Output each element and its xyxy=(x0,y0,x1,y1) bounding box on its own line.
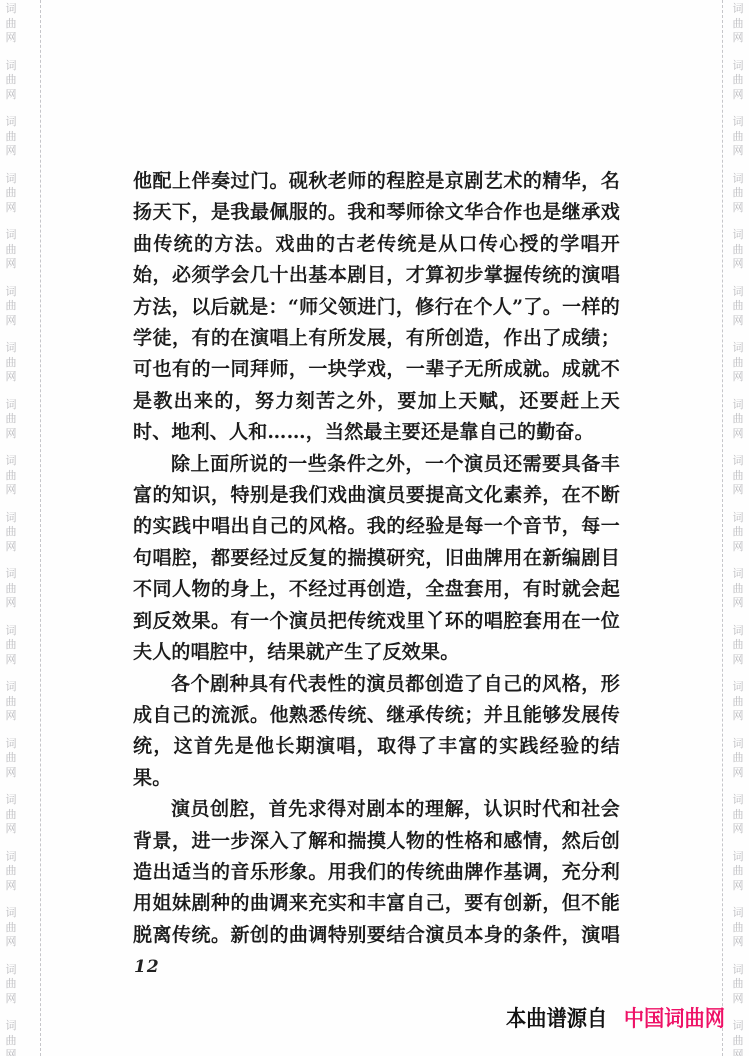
watermark-char: 曲 xyxy=(6,299,17,314)
watermark-group: 词曲网 xyxy=(733,624,744,668)
text-line: 他配上伴奏过门。砚秋老师的程腔是京剧艺术的精华，名 xyxy=(133,166,620,197)
watermark-char: 词 xyxy=(6,963,17,978)
watermark-char: 网 xyxy=(6,822,17,837)
watermark-char: 网 xyxy=(6,935,17,950)
text-line: 背景，进一步深入了解和揣摸人物的性格和感情，然后创 xyxy=(133,826,620,857)
watermark-group: 词曲网 xyxy=(6,906,17,950)
watermark-char: 词 xyxy=(733,963,744,978)
watermark-char: 曲 xyxy=(733,412,744,427)
watermark-group: 词曲网 xyxy=(733,793,744,837)
watermark-char: 曲 xyxy=(6,243,17,258)
watermark-char: 网 xyxy=(733,88,744,103)
watermark-group: 词曲网 xyxy=(6,511,17,555)
text-line: 富的知识，特别是我们戏曲演员要提高文化素养，在不断 xyxy=(133,480,620,511)
watermark-char: 词 xyxy=(733,228,744,243)
watermark-char: 曲 xyxy=(733,695,744,710)
watermark-group: 词曲网 xyxy=(6,680,17,724)
watermark-group: 词曲网 xyxy=(733,963,744,1007)
watermark-char: 曲 xyxy=(733,243,744,258)
watermark-group: 词曲网 xyxy=(733,906,744,950)
watermark-char: 词 xyxy=(733,115,744,130)
body-text: 他配上伴奏过门。砚秋老师的程腔是京剧艺术的精华，名扬天下，是我最佩服的。我和琴师… xyxy=(133,166,620,951)
watermark-char: 网 xyxy=(6,879,17,894)
watermark-group: 词曲网 xyxy=(6,567,17,611)
watermark-char: 网 xyxy=(6,144,17,159)
watermark-group: 词曲网 xyxy=(6,850,17,894)
watermark-char: 网 xyxy=(733,427,744,442)
watermark-char: 词 xyxy=(733,341,744,356)
watermark-char: 网 xyxy=(733,1048,744,1056)
watermark-char: 网 xyxy=(6,992,17,1007)
watermark-char: 网 xyxy=(733,144,744,159)
watermark-char: 网 xyxy=(733,596,744,611)
watermark-char: 网 xyxy=(733,201,744,216)
scanned-page: 词曲网词曲网词曲网词曲网词曲网词曲网词曲网词曲网词曲网词曲网词曲网词曲网词曲网词… xyxy=(0,0,749,1056)
watermark-group: 词曲网 xyxy=(733,115,744,159)
watermark-char: 词 xyxy=(6,567,17,582)
text-line: 是教出来的，努力刻苦之外，要加上天赋，还要赶上天 xyxy=(133,386,620,417)
watermark-char: 曲 xyxy=(6,977,17,992)
text-line: 学徒，有的在演唱上有所发展，有所创造，作出了成绩； xyxy=(133,323,620,354)
left-dashed-border xyxy=(40,0,41,1056)
watermark-group: 词曲网 xyxy=(733,1019,744,1056)
watermark-char: 曲 xyxy=(6,525,17,540)
watermark-char: 曲 xyxy=(733,130,744,145)
watermark-char: 词 xyxy=(733,624,744,639)
watermark-group: 词曲网 xyxy=(6,115,17,159)
watermark-char: 词 xyxy=(733,737,744,752)
text-line: 用姐妹剧种的曲调来充实和丰富自己，要有创新，但不能 xyxy=(133,888,620,919)
text-line: 到反效果。有一个演员把传统戏里丫环的唱腔套用在一位 xyxy=(133,606,620,637)
watermark-char: 词 xyxy=(6,737,17,752)
source-footer: 本曲谱源自 中国词曲网 xyxy=(506,1002,725,1033)
watermark-char: 曲 xyxy=(733,977,744,992)
source-label: 本曲谱源自 xyxy=(506,1002,607,1033)
watermark-char: 词 xyxy=(6,454,17,469)
watermark-char: 曲 xyxy=(6,17,17,32)
watermark-char: 网 xyxy=(6,653,17,668)
watermark-group: 词曲网 xyxy=(733,398,744,442)
watermark-char: 网 xyxy=(6,766,17,781)
watermark-char: 词 xyxy=(733,59,744,74)
watermark-char: 网 xyxy=(6,88,17,103)
watermark-char: 曲 xyxy=(733,751,744,766)
watermark-char: 网 xyxy=(6,427,17,442)
watermark-char: 曲 xyxy=(733,921,744,936)
text-line: 扬天下，是我最佩服的。我和琴师徐文华合作也是继承戏 xyxy=(133,197,620,228)
watermark-char: 曲 xyxy=(6,695,17,710)
watermark-group: 词曲网 xyxy=(733,172,744,216)
watermark-char: 词 xyxy=(733,567,744,582)
watermark-char: 曲 xyxy=(6,921,17,936)
watermark-char: 网 xyxy=(6,31,17,46)
watermark-char: 网 xyxy=(733,822,744,837)
watermark-char: 词 xyxy=(6,511,17,526)
watermark-char: 曲 xyxy=(733,808,744,823)
watermark-group: 词曲网 xyxy=(6,398,17,442)
watermark-char: 网 xyxy=(6,540,17,555)
watermark-char: 曲 xyxy=(6,186,17,201)
watermark-char: 网 xyxy=(733,992,744,1007)
text-line: 演员创腔，首先求得对剧本的理解，认识时代和社会 xyxy=(133,794,620,825)
watermark-char: 网 xyxy=(733,935,744,950)
watermark-char: 曲 xyxy=(6,751,17,766)
text-line: 句唱腔，都要经过反复的揣摸研究，旧曲牌用在新编剧目 xyxy=(133,543,620,574)
watermark-group: 词曲网 xyxy=(733,285,744,329)
watermark-group: 词曲网 xyxy=(6,228,17,272)
watermark-char: 曲 xyxy=(733,17,744,32)
watermark-group: 词曲网 xyxy=(6,59,17,103)
watermark-char: 曲 xyxy=(6,638,17,653)
watermark-char: 网 xyxy=(6,483,17,498)
text-line: 方法，以后就是：“师父领进门，修行在个人”了。一样的 xyxy=(133,292,620,323)
watermark-char: 词 xyxy=(6,341,17,356)
watermark-char: 网 xyxy=(733,31,744,46)
page-number: 12 xyxy=(134,957,160,977)
watermark-char: 曲 xyxy=(6,864,17,879)
watermark-char: 词 xyxy=(733,850,744,865)
text-line: 可也有的一同拜师，一块学戏，一辈子无所成就。成就不 xyxy=(133,354,620,385)
watermark-char: 网 xyxy=(6,257,17,272)
watermark-char: 词 xyxy=(733,172,744,187)
watermark-char: 曲 xyxy=(733,299,744,314)
watermark-group: 词曲网 xyxy=(6,285,17,329)
text-line: 的实践中唱出自己的风格。我的经验是每一个音节，每一 xyxy=(133,511,620,542)
watermark-char: 词 xyxy=(733,906,744,921)
watermark-group: 词曲网 xyxy=(6,172,17,216)
watermark-char: 网 xyxy=(733,314,744,329)
watermark-char: 曲 xyxy=(6,356,17,371)
watermark-char: 词 xyxy=(733,2,744,17)
watermark-char: 词 xyxy=(733,511,744,526)
text-line: 始，必须学会几十出基本剧目，才算初步掌握传统的演唱 xyxy=(133,260,620,291)
watermark-char: 网 xyxy=(733,653,744,668)
watermark-char: 曲 xyxy=(6,412,17,427)
watermark-char: 曲 xyxy=(6,1034,17,1049)
text-line: 曲传统的方法。戏曲的古老传统是从口传心授的学唱开 xyxy=(133,229,620,260)
watermark-char: 曲 xyxy=(733,356,744,371)
watermark-char: 曲 xyxy=(733,469,744,484)
watermark-group: 词曲网 xyxy=(733,850,744,894)
watermark-group: 词曲网 xyxy=(733,454,744,498)
watermark-char: 网 xyxy=(6,1048,17,1056)
watermark-char: 词 xyxy=(733,680,744,695)
watermark-char: 网 xyxy=(733,709,744,724)
watermark-char: 曲 xyxy=(733,73,744,88)
watermark-group: 词曲网 xyxy=(6,1019,17,1056)
watermark-char: 词 xyxy=(733,793,744,808)
watermark-char: 词 xyxy=(6,850,17,865)
watermark-char: 曲 xyxy=(6,582,17,597)
watermark-char: 曲 xyxy=(733,864,744,879)
watermark-group: 词曲网 xyxy=(733,228,744,272)
watermark-char: 网 xyxy=(6,709,17,724)
watermark-char: 网 xyxy=(6,596,17,611)
watermark-char: 词 xyxy=(6,680,17,695)
watermark-char: 词 xyxy=(6,624,17,639)
text-line: 脱离传统。新创的曲调特别要结合演员本身的条件，演唱 xyxy=(133,920,620,951)
watermark-char: 词 xyxy=(6,1019,17,1034)
watermark-group: 词曲网 xyxy=(6,963,17,1007)
text-line: 时、地利、人和……，当然最主要还是靠自己的勤奋。 xyxy=(133,417,620,448)
watermark-char: 网 xyxy=(6,370,17,385)
watermark-group: 词曲网 xyxy=(733,680,744,724)
watermark-char: 网 xyxy=(733,766,744,781)
watermark-char: 词 xyxy=(6,398,17,413)
watermark-char: 网 xyxy=(733,257,744,272)
text-line: 夫人的唱腔中，结果就产生了反效果。 xyxy=(133,637,620,668)
text-line: 统，这首先是他长期演唱，取得了丰富的实践经验的结 xyxy=(133,731,620,762)
watermark-char: 曲 xyxy=(733,582,744,597)
text-line: 各个剧种具有代表性的演员都创造了自己的风格，形 xyxy=(133,669,620,700)
watermark-char: 网 xyxy=(6,201,17,216)
watermark-char: 曲 xyxy=(733,525,744,540)
right-dashed-border xyxy=(722,0,723,1056)
watermark-group: 词曲网 xyxy=(733,511,744,555)
watermark-char: 曲 xyxy=(733,638,744,653)
watermark-group: 词曲网 xyxy=(6,624,17,668)
watermark-char: 曲 xyxy=(733,1034,744,1049)
watermark-char: 曲 xyxy=(6,808,17,823)
brand-name: 中国词曲网 xyxy=(624,1002,725,1033)
watermark-group: 词曲网 xyxy=(6,793,17,837)
watermark-char: 词 xyxy=(6,793,17,808)
watermark-group: 词曲网 xyxy=(733,737,744,781)
watermark-char: 网 xyxy=(733,370,744,385)
watermark-char: 词 xyxy=(6,172,17,187)
watermark-group: 词曲网 xyxy=(6,737,17,781)
watermark-group: 词曲网 xyxy=(733,567,744,611)
watermark-char: 曲 xyxy=(6,469,17,484)
text-line: 除上面所说的一些条件之外，一个演员还需要具备丰 xyxy=(133,449,620,480)
watermark-group: 词曲网 xyxy=(733,59,744,103)
watermark-char: 词 xyxy=(6,115,17,130)
watermark-char: 词 xyxy=(6,285,17,300)
watermark-column-left: 词曲网词曲网词曲网词曲网词曲网词曲网词曲网词曲网词曲网词曲网词曲网词曲网词曲网词… xyxy=(3,0,19,1056)
watermark-char: 词 xyxy=(6,59,17,74)
text-line: 果。 xyxy=(133,763,620,794)
watermark-char: 网 xyxy=(733,540,744,555)
watermark-char: 词 xyxy=(6,228,17,243)
text-line: 不同人物的身上，不经过再创造，全盘套用，有时就会起 xyxy=(133,574,620,605)
watermark-char: 词 xyxy=(733,454,744,469)
text-line: 造出适当的音乐形象。用我们的传统曲牌作基调，充分利 xyxy=(133,857,620,888)
watermark-column-right: 词曲网词曲网词曲网词曲网词曲网词曲网词曲网词曲网词曲网词曲网词曲网词曲网词曲网词… xyxy=(730,0,746,1056)
watermark-char: 曲 xyxy=(733,186,744,201)
watermark-group: 词曲网 xyxy=(6,341,17,385)
watermark-group: 词曲网 xyxy=(6,2,17,46)
watermark-char: 网 xyxy=(6,314,17,329)
watermark-char: 网 xyxy=(733,879,744,894)
watermark-char: 词 xyxy=(733,1019,744,1034)
text-line: 成自己的流派。他熟悉传统、继承传统；并且能够发展传 xyxy=(133,700,620,731)
watermark-char: 词 xyxy=(6,2,17,17)
watermark-char: 网 xyxy=(733,483,744,498)
watermark-group: 词曲网 xyxy=(733,341,744,385)
watermark-char: 词 xyxy=(6,906,17,921)
watermark-char: 曲 xyxy=(6,73,17,88)
watermark-group: 词曲网 xyxy=(733,2,744,46)
watermark-char: 曲 xyxy=(6,130,17,145)
watermark-char: 词 xyxy=(733,398,744,413)
watermark-char: 词 xyxy=(733,285,744,300)
watermark-group: 词曲网 xyxy=(6,454,17,498)
